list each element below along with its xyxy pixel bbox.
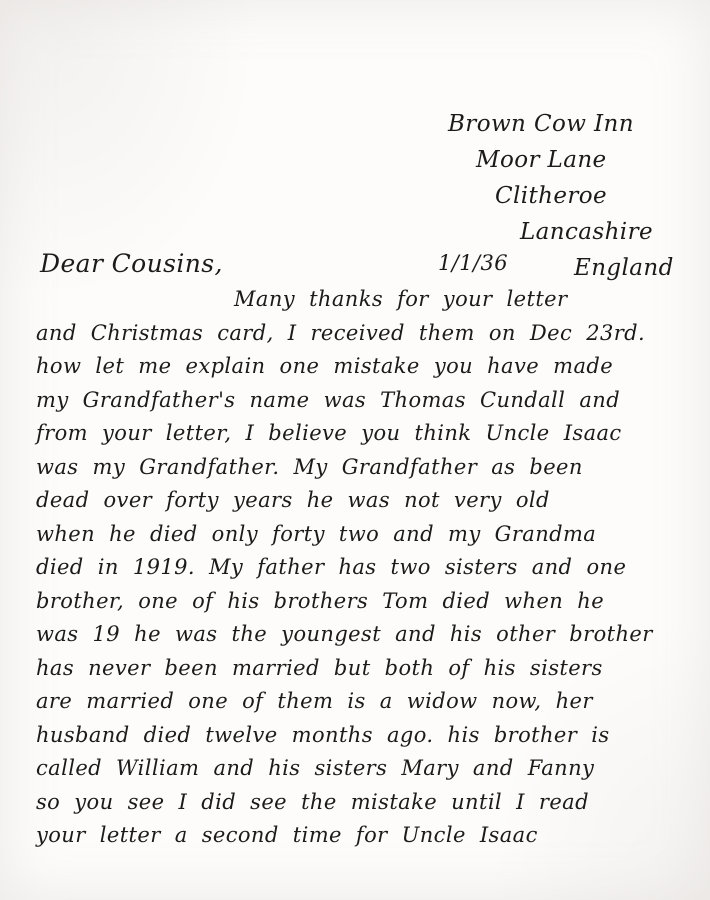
- letter-line: was 19 he was the youngest and his other…: [36, 618, 676, 652]
- salutation: Dear Cousins,: [40, 249, 223, 278]
- letter-body: Many thanks for your letter and Christma…: [36, 283, 676, 853]
- letterhead-line-inn: Brown Cow Inn: [448, 106, 674, 142]
- letter-line: how let me explain one mistake you have …: [36, 350, 676, 384]
- letter-page: Brown Cow Inn Moor Lane Clitheroe Lancas…: [0, 0, 710, 900]
- letterhead-line-county: Lancashire: [520, 214, 674, 250]
- letter-line: your letter a second time for Uncle Isaa…: [36, 819, 676, 853]
- letter-line: dead over forty years he was not very ol…: [36, 484, 676, 518]
- letter-line: are married one of them is a widow now, …: [36, 685, 676, 719]
- letter-line: husband died twelve months ago. his brot…: [36, 719, 676, 753]
- letter-line: died in 1919. My father has two sisters …: [36, 551, 676, 585]
- letter-line: from your letter, I believe you think Un…: [36, 417, 676, 451]
- letter-line: my Grandfather's name was Thomas Cundall…: [36, 384, 676, 418]
- letter-line: and Christmas card, I received them on D…: [36, 317, 676, 351]
- letter-line: when he died only forty two and my Grand…: [36, 518, 676, 552]
- letter-line: so you see I did see the mistake until I…: [36, 786, 676, 820]
- letter-line: has never been married but both of his s…: [36, 652, 676, 686]
- letter-date: 1/1/36: [438, 251, 508, 275]
- letter-line: Many thanks for your letter: [234, 283, 676, 317]
- letter-line: was my Grandfather. My Grandfather as be…: [36, 451, 676, 485]
- letter-line: called William and his sisters Mary and …: [36, 752, 676, 786]
- letterhead-line-country: England: [574, 250, 674, 286]
- letterhead-line-town: Clitheroe: [495, 178, 674, 214]
- letter-line: brother, one of his brothers Tom died wh…: [36, 585, 676, 619]
- letterhead-line-street: Moor Lane: [476, 142, 674, 178]
